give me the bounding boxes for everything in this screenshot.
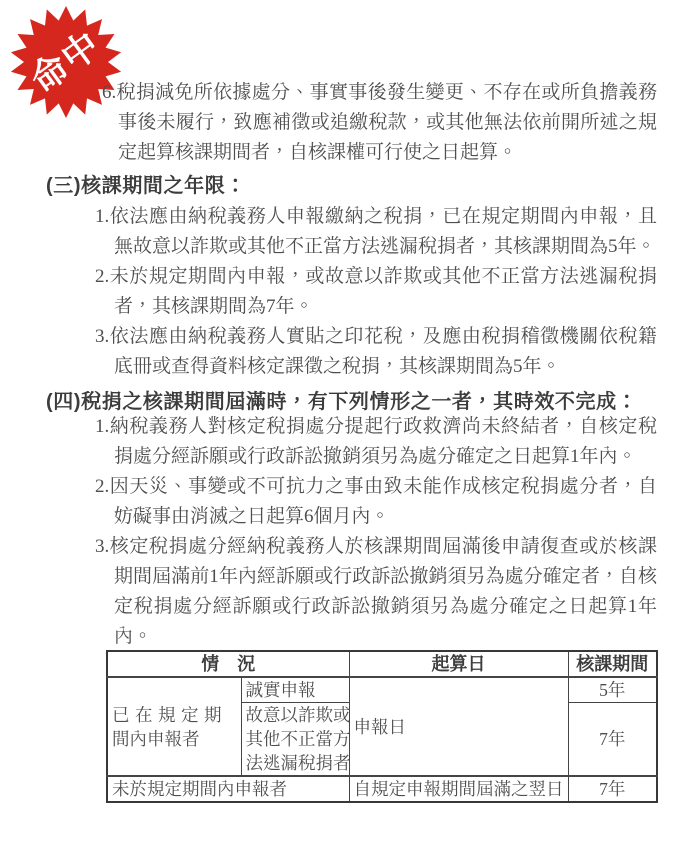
item-text: 依法應由納稅義務人實貼之印花稅，及應由稅捐稽徵機關依稅籍底冊或查得資料核定課徵之… xyxy=(109,326,657,377)
item-text: 核定稅捐處分經納稅義務人於核課期間屆滿後申請復查或於核課期間屆滿前1年內經訴願或… xyxy=(109,536,657,647)
table-header-row: 情 況 起算日 核課期間 xyxy=(107,651,657,677)
list-marker: 3. xyxy=(95,326,109,347)
list-item: 2.因天災、事變或不可抗力之事由致未能作成核定稅捐處分者，自妨礙事由消滅之日起算… xyxy=(46,472,657,532)
list-item: 1.依法應由納稅義務人申報繳納之稅捐，已在規定期間內申報，且無故意以詐欺或其他不… xyxy=(46,202,657,262)
section-3-items: 1.依法應由納稅義務人申報繳納之稅捐，已在規定期間內申報，且無故意以詐欺或其他不… xyxy=(46,202,657,382)
situation-line: 法逃漏稅捐者 xyxy=(246,751,345,775)
table-row: 未於規定期間內申報者 自規定申報期間屆滿之翌日 7年 xyxy=(107,776,657,802)
list-item: 3.依法應由納稅義務人實貼之印花稅，及應由稅捐稽徵機關依稅籍底冊或查得資料核定課… xyxy=(46,322,657,382)
assessment-period-table: 情 況 起算日 核課期間 已在規定期 間內申報者 誠實申報 申報日 5年 故意以… xyxy=(106,650,658,803)
section-marker: (四) xyxy=(46,391,81,413)
cell-situation-group: 已在規定期 間內申報者 xyxy=(107,677,241,776)
cell-period: 7年 xyxy=(568,703,657,777)
list-marker: 2. xyxy=(95,476,109,497)
header-situation: 情 況 xyxy=(107,651,349,677)
list-marker: 1. xyxy=(95,416,109,437)
list-marker: 3. xyxy=(95,536,109,557)
cell-period: 7年 xyxy=(568,776,657,802)
situation-line: 間內申報者 xyxy=(112,727,237,751)
intro-paragraph: 6.稅捐減免所依據處分、事實事後發生變更、不存在或所負擔義務事後未履行，致應補徵… xyxy=(46,78,657,168)
list-item: 3.核定稅捐處分經納稅義務人於核課期間屆滿後申請復查或於核課期間屆滿前1年內經訴… xyxy=(46,532,657,652)
list-item: 1.納稅義務人對核定稅捐處分提起行政救濟尚未終結者，自核定稅捐處分經訴願或行政訴… xyxy=(46,412,657,472)
cell-situation: 誠實申報 xyxy=(241,677,349,703)
section-title: 核課期間之年限： xyxy=(81,175,246,197)
list-marker: 1. xyxy=(95,206,109,227)
cell-situation: 故意以詐欺或 其他不正當方 法逃漏稅捐者 xyxy=(241,703,349,777)
section-title: 稅捐之核課期間屆滿時，有下列情形之一者，其時效不完成： xyxy=(81,391,637,413)
item-text: 依法應由納稅義務人申報繳納之稅捐，已在規定期間內申報，且無故意以詐欺或其他不正當… xyxy=(109,206,657,257)
cell-start-date: 申報日 xyxy=(349,677,568,776)
header-period: 核課期間 xyxy=(568,651,657,677)
cell-period: 5年 xyxy=(568,677,657,703)
page: { "badge": { "label": "命中", "color": "#d… xyxy=(0,0,675,851)
section-4-items: 1.納稅義務人對核定稅捐處分提起行政救濟尚未終結者，自核定稅捐處分經訴願或行政訴… xyxy=(46,412,657,652)
section-heading-3: (三)核課期間之年限： xyxy=(46,170,657,202)
situation-line: 故意以詐欺或 xyxy=(246,703,345,727)
section-marker: (三) xyxy=(46,175,81,197)
list-marker: 2. xyxy=(95,266,109,287)
table-row: 已在規定期 間內申報者 誠實申報 申報日 5年 xyxy=(107,677,657,703)
paragraph-text: 稅捐減免所依據處分、事實事後發生變更、不存在或所負擔義務事後未履行，致應補徵或追… xyxy=(116,82,657,163)
situation-line: 已在規定期 xyxy=(112,703,237,727)
list-item: 2.未於規定期間內申報，或故意以詐欺或其他不正當方法逃漏稅捐者，其核課期間為7年… xyxy=(46,262,657,322)
header-start-date: 起算日 xyxy=(349,651,568,677)
item-text: 納稅義務人對核定稅捐處分提起行政救濟尚未終結者，自核定稅捐處分經訴願或行政訴訟撤… xyxy=(109,416,657,467)
document-body: 6.稅捐減免所依據處分、事實事後發生變更、不存在或所負擔義務事後未履行，致應補徵… xyxy=(46,78,657,803)
item-text: 未於規定期間內申報，或故意以詐欺或其他不正當方法逃漏稅捐者，其核課期間為7年。 xyxy=(109,266,657,317)
item-text: 因天災、事變或不可抗力之事由致未能作成核定稅捐處分者，自妨礙事由消滅之日起算6個… xyxy=(109,476,657,527)
cell-situation: 未於規定期間內申報者 xyxy=(107,776,349,802)
list-marker: 6. xyxy=(102,82,116,103)
cell-start-date: 自規定申報期間屆滿之翌日 xyxy=(349,776,568,802)
situation-line: 其他不正當方 xyxy=(246,727,345,751)
